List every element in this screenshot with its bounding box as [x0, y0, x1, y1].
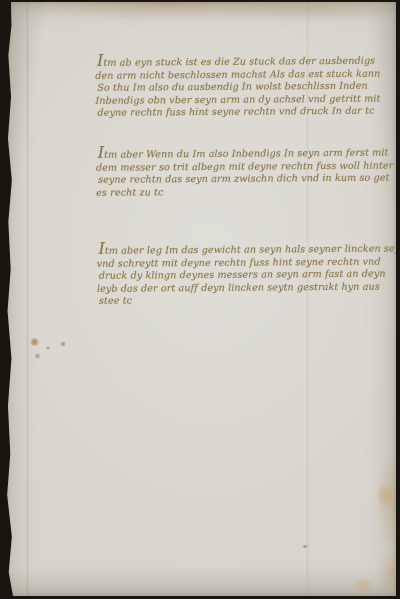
text-line: vnd schreytt mit deyne rechtn fuss hint …: [97, 256, 400, 271]
text-line: den arm nicht beschlossen machst Als das…: [95, 68, 380, 83]
handwritten-text-block: Itm ab eyn stuck ist es die Zu stuck das…: [4, 0, 399, 597]
text-line: stee tc: [99, 293, 400, 308]
paragraph-1: Itm ab eyn stuck ist es die Zu stuck das…: [97, 53, 383, 121]
paragraph-2: Itm aber Wenn du Im also Inbendigs In se…: [98, 144, 396, 199]
text-line: leyb das der ort auff deyn lincken seytn…: [97, 281, 400, 296]
paragraph-3: Itm aber leg Im das gewicht an seyn hals…: [99, 240, 400, 308]
text-line: deyne rechtn fuss hint seyne rechtn vnd …: [97, 106, 382, 121]
manuscript-page: Itm ab eyn stuck ist es die Zu stuck das…: [6, 2, 396, 596]
text-line: dem messer so trit albegn mit deyne rech…: [96, 160, 393, 175]
text-line: Inbendigs obn vber seyn arm an dy achsel…: [95, 93, 380, 108]
text-line: es recht zu tc: [96, 185, 393, 200]
manuscript-photo: Itm ab eyn stuck ist es die Zu stuck das…: [0, 0, 400, 599]
